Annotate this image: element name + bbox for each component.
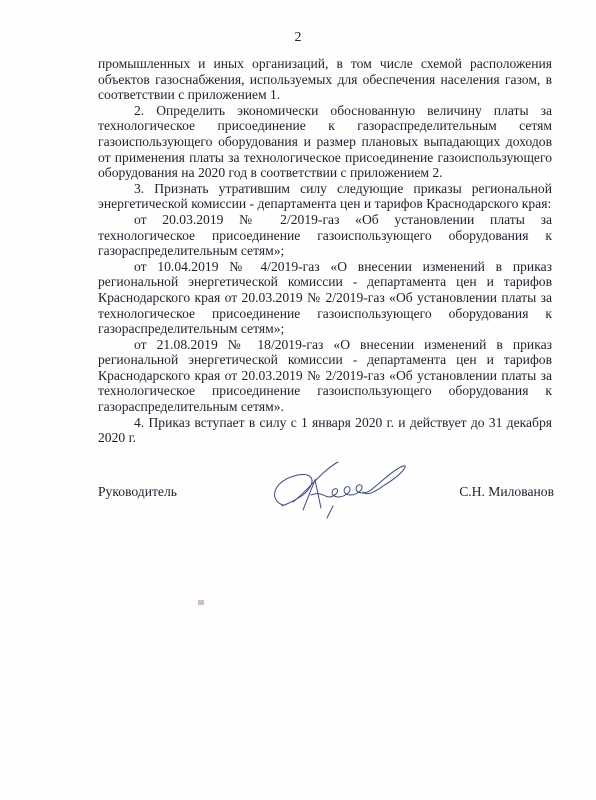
paragraph-item-2: 2. Определить экономически обоснованную … — [98, 103, 552, 181]
repealed-order-3: от 21.08.2019 № 18/2019-газ «О внесении … — [98, 337, 552, 415]
repealed-order-2: от 10.04.2019 № 4/2019-газ «О внесении и… — [98, 259, 552, 337]
signatory-name: С.Н. Милованов — [459, 484, 554, 500]
paragraph-item-3: 3. Признать утратившим силу следующие пр… — [98, 181, 552, 212]
document-body: промышленных и иных организаций, в том ч… — [98, 56, 552, 446]
paragraph-item-4: 4. Приказ вступает в силу с 1 января 202… — [98, 415, 552, 446]
repealed-order-1: от 20.03.2019 № 2/2019-газ «Об установле… — [98, 212, 552, 259]
scan-artifact-mark — [198, 600, 204, 605]
signatory-role: Руководитель — [98, 484, 177, 500]
page-number: 2 — [0, 30, 596, 46]
document-page: 2 промышленных и иных организаций, в том… — [0, 0, 596, 800]
paragraph-continuation: промышленных и иных организаций, в том ч… — [98, 56, 552, 103]
handwritten-signature-icon — [263, 460, 413, 520]
signature-block: Руководитель С.Н. Милованов — [98, 480, 554, 520]
